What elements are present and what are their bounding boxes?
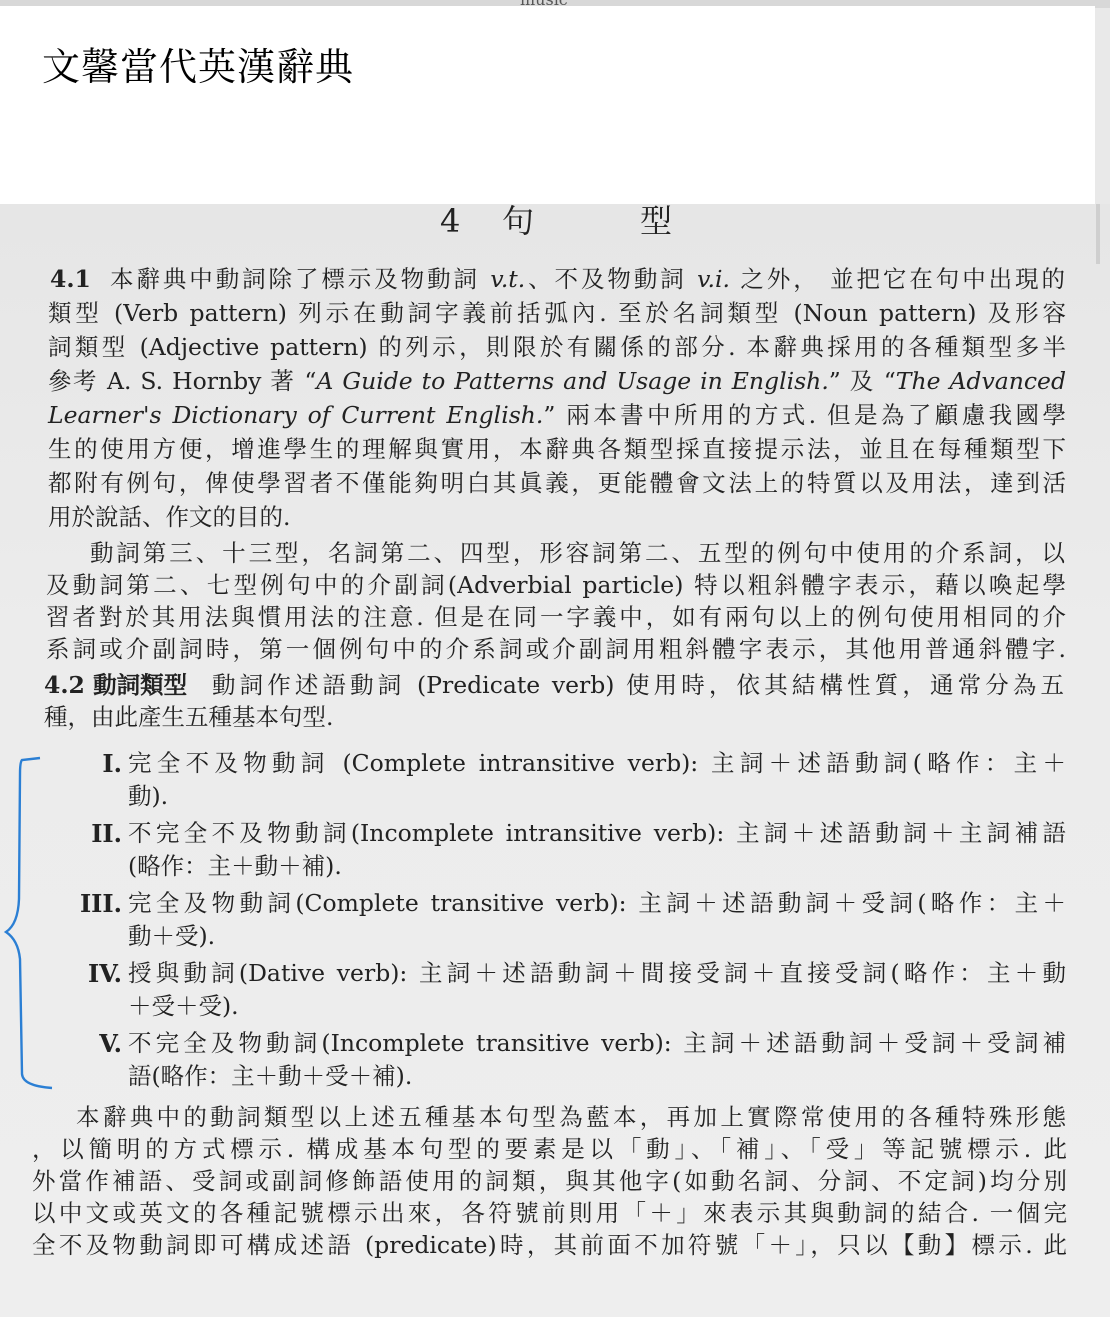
- document-title: 文馨當代英漢辭典: [42, 36, 354, 91]
- pattern-line: 不完全不及物動詞(Incomplete intransitive verb): …: [128, 822, 1066, 846]
- pattern-line: 語(略作：主＋動＋受＋補).: [128, 1065, 412, 1089]
- paragraph-line: 動詞作述語動詞 (Predicate verb) 使用時，依其結構性質，通常分為…: [212, 674, 1064, 698]
- paragraph-line: 本辭典中動詞除了標示及物動詞 v.t.、不及物動詞 v.i. 之外， 並把它在句…: [110, 268, 1065, 292]
- paragraph-line: ，以簡明的方式標示. 構成基本句型的要素是以「動」、「補」、「受」等記號標示. …: [32, 1138, 1067, 1162]
- paragraph-line: 用於說話、作文的目的.: [48, 506, 290, 530]
- chapter-number: 4: [440, 202, 502, 240]
- paragraph-line: 以中文或英文的各種記號標示出來，各符號前則用「＋」來表示其與動詞的結合. 一個完: [32, 1202, 1067, 1226]
- pattern-line: 動＋受).: [128, 925, 215, 949]
- pattern-numeral: V.: [52, 1032, 122, 1056]
- pattern-numeral: III.: [52, 892, 122, 916]
- pattern-numeral: IV.: [52, 962, 122, 986]
- paragraph-line: 詞類型 (Adjective pattern) 的列示，則限於有關係的部分. 本…: [48, 336, 1066, 360]
- pattern-line: 完全及物動詞(Complete transitive verb): 主詞＋述語動…: [128, 892, 1066, 916]
- paragraph-line: 及動詞第二、七型例句中的介副詞(Adverbial particle) 特以粗斜…: [46, 574, 1066, 598]
- chapter-char-2: 型: [640, 196, 672, 242]
- pattern-line: 完全不及物動詞 (Complete intransitive verb): 主詞…: [128, 752, 1066, 776]
- pattern-line: 授與動詞(Dative verb): 主詞＋述語動詞＋間接受詞＋直接受詞(略作：…: [128, 962, 1066, 986]
- paragraph-line: 動詞第三、十三型，名詞第二、四型，形容詞第二、五型的例句中使用的介系詞，以: [90, 542, 1065, 566]
- paragraph-line: Learner's Dictionary of Current English.…: [48, 404, 1066, 428]
- pattern-line: 不完全及物動詞(Incomplete transitive verb): 主詞＋…: [128, 1032, 1066, 1056]
- curly-brace-annotation: [0, 754, 60, 1094]
- pattern-line: ＋受＋受).: [128, 995, 239, 1019]
- pattern-numeral: II.: [52, 822, 122, 846]
- paragraph-line: 本辭典中的動詞類型以上述五種基本句型為藍本，再加上實際常使用的各種特殊形態: [76, 1106, 1066, 1130]
- pattern-numeral: I.: [52, 752, 122, 776]
- paragraph-line: 習者對於其用法與慣用法的注意. 但是在同一字義中，如有兩句以上的例句使用相同的介: [46, 606, 1066, 630]
- chapter-heading: 4句型: [440, 196, 672, 242]
- pattern-line: (略作：主＋動＋補).: [128, 855, 342, 879]
- paragraph-line: 都附有例句，俾使學習者不僅能夠明白其眞義，更能體會文法上的特質以及用法，達到活: [48, 472, 1066, 496]
- paragraph-line: 系詞或介副詞時，第一個例句中的介系詞或介副詞用粗斜體字表示，其他用普通斜體字.: [46, 638, 1066, 662]
- section-label-4-2: 4.2 動詞類型: [44, 674, 187, 698]
- scanned-page: 4句型 4.1本辭典中動詞除了標示及物動詞 v.t.、不及物動詞 v.i. 之外…: [0, 204, 1110, 1317]
- paragraph-line: 種，由此產生五種基本句型.: [44, 706, 333, 730]
- paragraph-line: 生的使用方便，增進學生的理解與實用，本辭典各類型採直接提示法，並且在每種類型下: [48, 438, 1066, 462]
- section-label-4-1: 4.1: [50, 268, 91, 292]
- chapter-char-1: 句: [502, 196, 640, 242]
- title-panel: 文馨當代英漢辭典: [0, 6, 1095, 204]
- page-edge: [1096, 204, 1100, 264]
- paragraph-line: 外當作補語、受詞或副詞修飾語使用的詞類，與其他字(如動名詞、分詞、不定詞)均分別: [32, 1170, 1067, 1194]
- paragraph-line: 類型 (Verb pattern) 列示在動詞字義前括弧內. 至於名詞類型 (N…: [48, 302, 1066, 326]
- pattern-line: 動).: [128, 785, 168, 809]
- paragraph-line: 全不及物動詞即可構成述語 (predicate)時，其前面不加符號「＋」，只以【…: [32, 1234, 1067, 1258]
- paragraph-line: 參考 A. S. Hornby 著 “A Guide to Patterns a…: [48, 370, 1066, 394]
